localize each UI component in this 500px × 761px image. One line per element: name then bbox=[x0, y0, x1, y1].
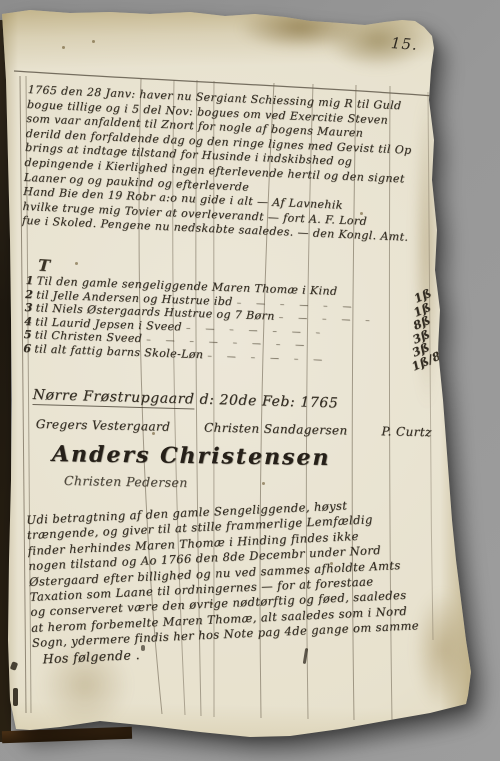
ink-blot bbox=[141, 645, 145, 651]
resolution-paragraph: Udi betragtning af den gamle Sengeliggen… bbox=[26, 494, 441, 666]
witness-signature: Christen Sandagersen bbox=[204, 421, 348, 438]
entry-paragraph: 1765 den 28 Janv: haver nu Sergiant Schi… bbox=[22, 83, 430, 246]
witness-signature: P. Curtz bbox=[381, 424, 432, 439]
row-number: 3 bbox=[25, 301, 36, 314]
witness-signature: Gregers Vestergaard bbox=[36, 417, 171, 434]
page-number: 15. bbox=[390, 34, 418, 54]
row-number: 2 bbox=[25, 288, 36, 301]
row-number: 1 bbox=[26, 274, 37, 287]
manuscript-paper: 15. 1765 den 28 Janv: haver nu Sergiant … bbox=[0, 0, 500, 761]
row-number: 6 bbox=[23, 342, 34, 355]
section-mark: T bbox=[37, 256, 51, 276]
row-number: 5 bbox=[24, 328, 35, 341]
photo-of-manuscript-page: 15. 1765 den 28 Janv: haver nu Sergiant … bbox=[0, 0, 500, 761]
main-signature: Anders Christensen bbox=[52, 441, 331, 471]
paper-shadow: 15. 1765 den 28 Janv: haver nu Sergiant … bbox=[0, 0, 500, 761]
row-number: 4 bbox=[24, 315, 35, 328]
relief-list: 1Til den gamle sengeliggende Maren Thomæ… bbox=[23, 273, 440, 369]
secondary-signature: Christen Pedersen bbox=[64, 473, 188, 490]
ink-blot bbox=[13, 688, 18, 706]
